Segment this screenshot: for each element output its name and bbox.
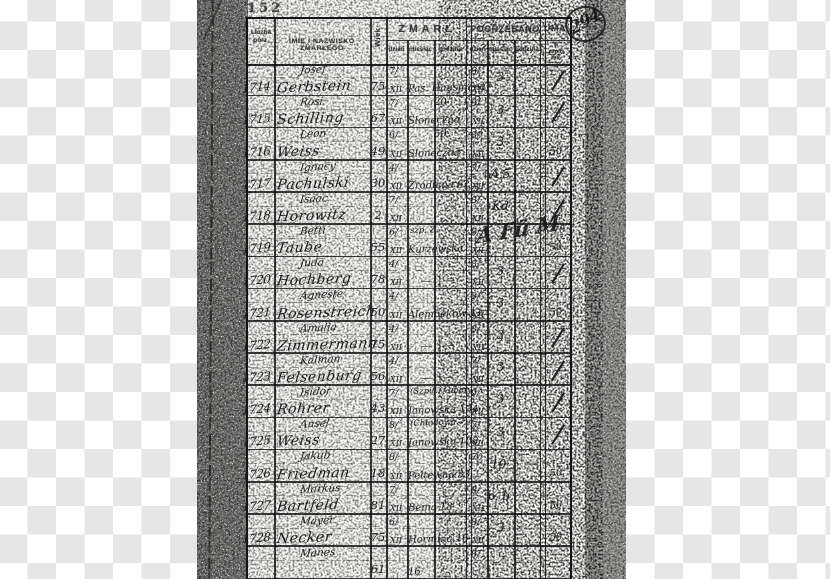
surname: Schilling	[276, 110, 345, 128]
burial-note: Kd	[487, 199, 514, 213]
buried-date: 8/XII	[468, 96, 489, 128]
age: 81	[370, 498, 386, 512]
subcolumn-header-month: miesiąc	[487, 46, 514, 53]
died-date: 4/XII	[386, 289, 407, 321]
uma-value: 50	[543, 241, 568, 254]
age: 50	[370, 305, 386, 319]
age: 56	[370, 369, 386, 383]
uma-slash-mark	[548, 391, 568, 410]
transparency-checkerboard: 152 294 Liczba porz. IMIĘ I NAZWISKO ZMA…	[0, 0, 830, 579]
row-half-rule	[248, 495, 570, 496]
address: Janowska 108	[408, 437, 468, 450]
uma-slash-mark	[548, 262, 568, 281]
group-header-zmarl: ZMARŁ	[386, 23, 468, 35]
first-name: Juda	[299, 257, 324, 270]
row-half-rule	[248, 560, 570, 561]
row-half-rule	[248, 528, 570, 529]
surname: Necker	[276, 529, 333, 547]
row-half-rule	[248, 270, 570, 271]
register-row: 1714JosefGerbstein757/XIIPas. Hausmana8/…	[248, 64, 570, 96]
address-note: (Szpit.) Gminy	[410, 385, 468, 397]
entry-number: 1728	[242, 529, 277, 546]
buried-date: 7/—	[468, 450, 489, 482]
age: 27	[370, 433, 386, 447]
died-date: 7/XII	[386, 64, 407, 96]
entry-number: 1723	[242, 368, 277, 385]
first-name: Ansel	[299, 417, 330, 431]
address: Słoneczna	[408, 115, 468, 128]
buried-date: 8/XII	[468, 193, 489, 225]
first-name: Leon	[299, 128, 327, 141]
burial-note: 3	[487, 360, 514, 374]
entry-number: 1716	[242, 143, 277, 160]
address: Kurzewska	[408, 243, 468, 256]
first-name: Kalman	[299, 353, 341, 367]
burial-note: 3	[487, 135, 514, 149]
buried-date: 8/XII	[468, 128, 489, 160]
address: —||—	[408, 274, 468, 289]
subcolumn-header-day: dzień	[386, 46, 407, 53]
burial-note: 3	[487, 425, 514, 439]
first-name: Amalia	[299, 321, 337, 335]
surname: Pachulski	[276, 174, 350, 193]
row-half-rule	[248, 431, 570, 432]
uma-value: 50	[543, 531, 568, 544]
first-name: Josef	[299, 63, 326, 76]
subcolumn-header-hour: godzina	[514, 46, 540, 53]
entry-number: 1717	[242, 175, 277, 192]
died-date	[386, 547, 407, 579]
first-name: Rosi	[299, 96, 323, 109]
entry-number: 1714	[242, 79, 277, 96]
surname: Weiss	[276, 433, 321, 451]
uma-slash-mark	[548, 69, 568, 88]
register-row: 1725AnselWeiss278/XII(Chłodowa 7Janowska…	[248, 418, 570, 450]
age: 43	[370, 401, 386, 415]
surname: Friedman	[276, 464, 351, 483]
entry-number: 1719	[242, 240, 277, 257]
column-header-name: IMIĘ I NAZWISKO ZMARŁEGO	[274, 38, 370, 52]
first-name: Agneste	[299, 288, 344, 302]
surname: Zimmermann	[276, 335, 378, 355]
address: Słoneczna	[408, 147, 468, 160]
age: 75	[370, 337, 386, 351]
scanned-register-page: 152 294 Liczba porz. IMIĘ I NAZWISKO ZMA…	[197, 0, 626, 579]
surname: Bartfeld	[276, 497, 340, 515]
address: 16·	[408, 565, 468, 578]
died-date: 4/XII	[386, 161, 407, 193]
age: 18	[370, 466, 386, 480]
burial-note: 3	[487, 296, 514, 310]
buried-date: 8/	[468, 547, 489, 579]
burial-note: A.5	[487, 167, 514, 181]
buried-date: 8/XII	[468, 483, 489, 515]
died-date: 7/XII	[386, 386, 407, 418]
register-row: 1726JakubFriedman188/XIIPełtewna 337/—10…	[248, 450, 570, 482]
uma-slash-mark	[548, 326, 568, 345]
column-header-uma: UMA	[544, 23, 584, 33]
died-date: 4/XII	[386, 354, 407, 386]
address: Pas. Hausmana	[408, 82, 468, 95]
surname: Gerbstein	[276, 78, 352, 97]
age: 30	[370, 176, 386, 190]
page-number: 152	[247, 1, 283, 16]
first-name: Manes	[299, 546, 336, 560]
surname: Weiss	[276, 143, 321, 161]
buried-date: 9/XII	[468, 386, 489, 418]
died-date: 6/XII	[386, 225, 407, 257]
died-date: 8/XII	[386, 450, 407, 482]
died-date: 4/XII	[386, 322, 407, 354]
age: 55	[370, 240, 386, 254]
register-row: 1717IgnacyPachulski304/XIIŹródlana 627/X…	[248, 161, 570, 193]
burial-note: 3	[487, 70, 514, 84]
row-half-rule	[248, 463, 570, 464]
buried-date: 7/XII	[468, 354, 489, 386]
subcolumn-header-hour: godzina	[434, 46, 466, 53]
column-header-wiek: Wiek	[370, 19, 386, 64]
uma-slash-mark	[548, 423, 568, 442]
first-name: Betti	[299, 224, 326, 237]
address: —||—	[408, 370, 468, 385]
died-date: 6/XII	[386, 128, 407, 160]
surname: Horowitz	[276, 207, 347, 225]
uma-value: 50	[543, 499, 568, 512]
died-date: 8/XII	[386, 418, 407, 450]
first-name: Markus	[299, 481, 341, 495]
address: —||—	[408, 338, 468, 353]
buried-date: 8/XII	[468, 289, 489, 321]
entry-number: 1722	[242, 336, 277, 353]
burial-note: 10·	[487, 457, 514, 471]
address: Źródlana 62	[408, 179, 468, 192]
died-date: 7/XII	[386, 483, 407, 515]
column-header-uma-sub: w szpit. żyd.	[542, 42, 570, 62]
register-row: 1728MayerNecker756/XIIHormina 168/XII350	[248, 515, 570, 547]
register-row: 1727MarkusBartfeld817/XIIBema 188/XIIp. …	[248, 483, 570, 515]
buried-date: 8/XII	[468, 515, 489, 547]
register-row: 1720JudaHochberg784/XII—||—8/XII3	[248, 257, 570, 289]
age: 2	[370, 208, 386, 222]
register-row: Manes6116·8/	[248, 547, 570, 579]
age: 75	[370, 530, 386, 544]
age: 75	[370, 79, 386, 93]
group-header-pogrzebano: POGRZEBANO	[468, 24, 542, 34]
address: Bema 18	[408, 501, 468, 514]
row-half-rule	[248, 334, 570, 335]
row-half-rule	[248, 302, 570, 303]
surname: Rosenstreich	[276, 303, 377, 323]
register-row: 1724IsidorRohrer437/XII(Szpit.) GminyJan…	[248, 386, 570, 418]
surname: Hochberg	[276, 271, 352, 290]
uma-value: 50	[543, 305, 568, 318]
register-row: 1715RosiSchilling677/XII20·Słoneczna8/XI…	[248, 96, 570, 128]
entry-number: 1724	[242, 401, 277, 418]
address-note: (Chłodowa 7	[410, 417, 468, 429]
age: 67	[370, 111, 386, 125]
row-half-rule	[248, 173, 570, 174]
first-name: Ignacy	[299, 160, 336, 174]
register-row: 1716LeonWeiss496/XII59·Słoneczna8/XII350	[248, 128, 570, 160]
first-name: Jakub	[299, 450, 331, 464]
row-half-rule	[248, 77, 570, 78]
entry-number: 1721	[242, 304, 277, 321]
subcolumn-header-month: miesiąc	[407, 46, 434, 53]
column-header-liczba-porz: Liczba porz.	[248, 29, 274, 45]
entry-number: 1725	[242, 433, 277, 450]
register-row: 1719BettiTaube556/XIIszp. Ż.Kurzewska8/X…	[248, 225, 570, 257]
burial-note: 3	[487, 392, 514, 406]
died-date: 6/XII	[386, 515, 407, 547]
died-hour: 20·	[420, 97, 464, 108]
died-hour: 59·	[420, 129, 464, 140]
register-row: 1722AmaliaZimmermann754/XII—||—8/XII3	[248, 322, 570, 354]
entry-number: 1726	[242, 465, 277, 482]
row-half-rule	[248, 206, 570, 207]
uma-value: 50	[543, 144, 568, 157]
age: 78	[370, 272, 386, 286]
entry-number: 1727	[242, 497, 277, 514]
uma-value: 50	[543, 466, 568, 479]
address: Pełtewna 33	[408, 469, 468, 482]
entry-number: 1715	[242, 111, 277, 128]
uma-slash-mark	[548, 359, 568, 378]
burial-note: 3	[487, 103, 514, 117]
buried-date: 8/XII	[468, 64, 489, 96]
uma-slash-mark	[548, 101, 568, 120]
entry-number: 1718	[242, 207, 277, 224]
subcolumn-header-day: dzień	[468, 46, 487, 53]
address: Alembeków 11	[408, 308, 468, 321]
died-date: 7/XII	[386, 96, 407, 128]
buried-date: 7/XII	[468, 161, 489, 193]
burial-note: 3	[487, 521, 514, 535]
burial-note: p. b.	[487, 489, 514, 503]
burial-note: 3	[487, 264, 514, 278]
row-half-rule	[248, 367, 570, 368]
address: Janowska 134	[408, 404, 468, 417]
first-name: Isidor	[299, 385, 331, 399]
address: Hormina 16	[408, 533, 468, 546]
surname: Rohrer	[276, 400, 331, 418]
entry-number: 1720	[242, 272, 277, 289]
address-note: szp. Ż.	[410, 224, 468, 236]
row-half-rule	[248, 141, 570, 142]
register-table: Liczba porz. IMIĘ I NAZWISKO ZMARŁEGO Wi…	[246, 17, 572, 579]
died-date: 4/XII	[386, 257, 407, 289]
surname: Taube	[276, 239, 323, 257]
row-half-rule	[248, 109, 570, 110]
register-row: 1721AgnesteRosenstreich504/XIIAlembeków …	[248, 289, 570, 321]
died-date: 7/XII	[386, 193, 407, 225]
uma-slash-mark	[548, 165, 568, 184]
row-half-rule	[248, 399, 570, 400]
buried-date: 8/XII	[468, 257, 489, 289]
register-row: 1723KalmanFelsenburg564/XII—||—7/XII3	[248, 354, 570, 386]
age: 49	[370, 144, 386, 158]
surname: Felsenburg	[276, 367, 363, 386]
age: 61	[370, 562, 386, 576]
first-name: Isaac	[299, 192, 328, 206]
buried-date: 8/XII	[468, 322, 489, 354]
buried-date: 7/XII	[468, 418, 489, 450]
first-name: Mayer	[299, 514, 335, 528]
burial-note: 3	[487, 328, 514, 342]
